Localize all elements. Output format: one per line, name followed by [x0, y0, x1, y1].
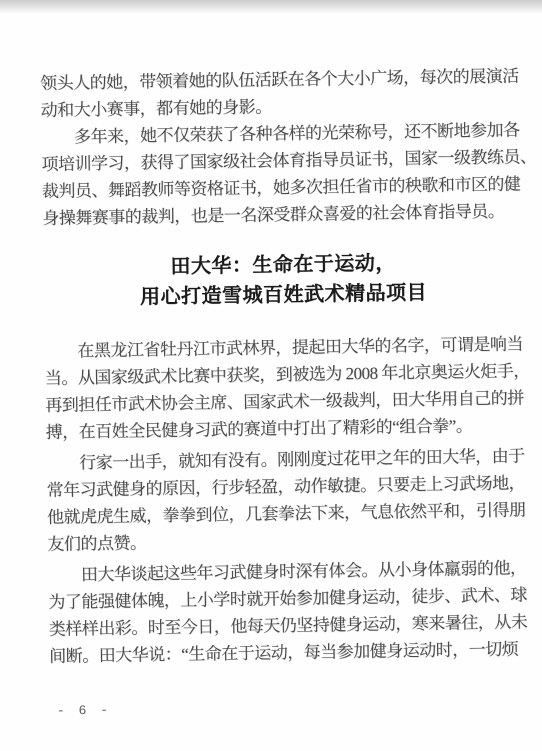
paragraph: 在黑龙江省牡丹江市武林界，提起田大华的名字，可谓是响当 当。从国家级武术比赛中获…: [44, 330, 526, 446]
page-number: - 6 -: [57, 703, 111, 719]
section-heading-line-2: 用心打造雪城百姓武术精品项目: [43, 276, 523, 314]
section-body: 在黑龙江省牡丹江市武林界，提起田大华的名字，可谓是响当 当。从国家级武术比赛中获…: [44, 330, 529, 669]
scanned-document-page: 领头人的她，带领着她的队伍活跃在各个大小广场，每次的展演活 动和大小赛事，都有她…: [0, 0, 542, 751]
scan-edge-shadow: [0, 0, 542, 14]
document-body: 领头人的她，带领着她的队伍活跃在各个大小广场，每次的展演活 动和大小赛事，都有她…: [40, 62, 529, 669]
paragraph-continuation: 领头人的她，带领着她的队伍活跃在各个大小广场，每次的展演活 动和大小赛事，都有她…: [40, 62, 521, 124]
section-heading: 田大华：生命在于运动， 用心打造雪城百姓武术精品项目: [43, 246, 524, 314]
paragraph: 田大华谈起这些年习武健身时深有体会。从小身体羸弱的他， 为了能强健体魄，上小学时…: [48, 554, 530, 670]
paragraph: 多年来，她不仅荣获了各种各样的光荣称号，还不断地参加各 项培训学习，获得了国家级…: [41, 116, 523, 232]
paragraph: 行家一出手，就知有没有。刚刚度过花甲之年的田大华，由于 常年习武健身的原因，行步…: [46, 442, 528, 558]
